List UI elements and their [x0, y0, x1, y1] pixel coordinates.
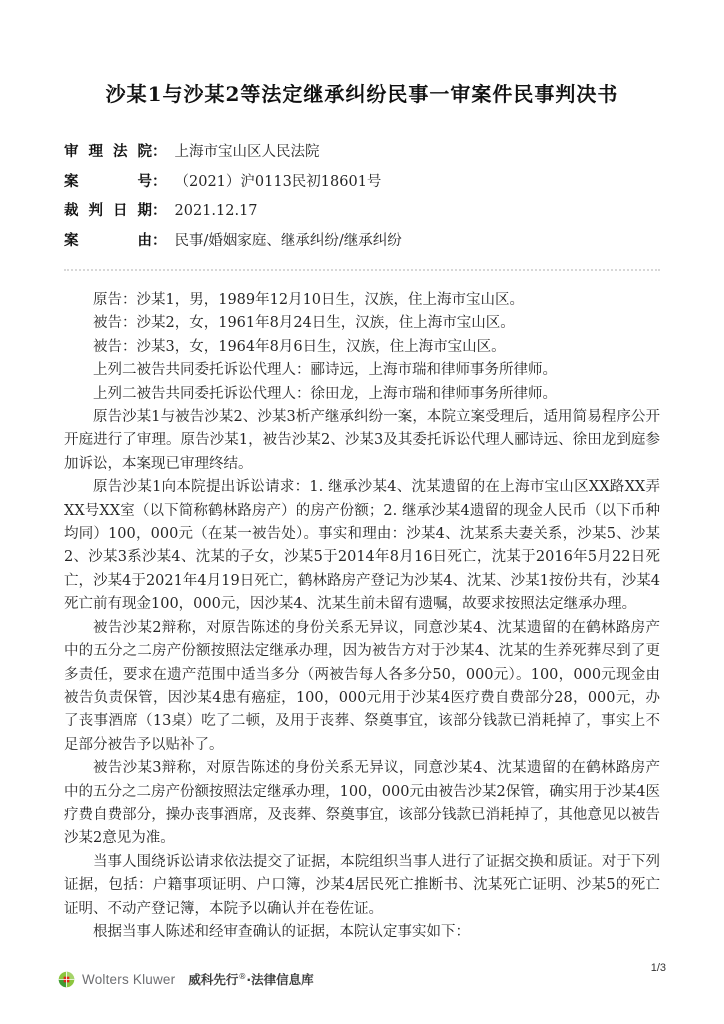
- body-paragraph: 被告沙某2辩称，对原告陈述的身份关系无异议，同意沙某4、沈某遗留的在鹤林路房产中…: [64, 617, 660, 757]
- body-paragraph: 原告沙某1向本院提出诉讼请求：1. 继承沙某4、沈某遗留的在上海市宝山区XX路X…: [64, 476, 660, 616]
- meta-colon: ：: [152, 229, 167, 250]
- meta-colon: ：: [152, 199, 167, 220]
- meta-row-judgment-date: 裁判日期： 2021.12.17: [64, 199, 660, 229]
- meta-value-judgment-date: 2021.12.17: [175, 203, 258, 219]
- page-footer: Wolters Kluwer 威科先行®·法律信息库 1/3: [58, 970, 666, 988]
- meta-label: 案号: [64, 170, 152, 191]
- meta-row-case-number: 案号： （2021）沪0113民初18601号: [64, 170, 660, 200]
- brand-name: Wolters Kluwer: [82, 972, 175, 987]
- meta-value-case-number: （2021）沪0113民初18601号: [175, 170, 382, 191]
- dotted-separator: [64, 269, 660, 271]
- meta-label: 裁判日期: [64, 199, 152, 220]
- body-paragraph: 原告沙某1与被告沙某2、沙某3析产继承纠纷一案，本院立案受理后，适用简易程序公开…: [64, 406, 660, 476]
- meta-colon: ：: [152, 170, 167, 191]
- body-paragraph: 上列二被告共同委托诉讼代理人：徐田龙，上海市瑞和律师事务所律师。: [64, 383, 660, 406]
- case-meta: 审理法院： 上海市宝山区人民法院 案号： （2021）沪0113民初18601号…: [64, 140, 660, 258]
- document-page: 沙某1与沙某2等法定继承纠纷民事一审案件民事判决书 审理法院： 上海市宝山区人民…: [0, 0, 724, 1024]
- meta-label: 案由: [64, 229, 152, 250]
- meta-row-court: 审理法院： 上海市宝山区人民法院: [64, 140, 660, 170]
- body-paragraph: 根据当事人陈述和经审查确认的证据，本院认定事实如下：: [64, 921, 660, 944]
- document-content: 沙某1与沙某2等法定继承纠纷民事一审案件民事判决书 审理法院： 上海市宝山区人民…: [0, 0, 724, 944]
- page-number: 1/3: [651, 962, 666, 974]
- meta-row-cause: 案由： 民事/婚姻家庭、继承纠纷/继承纠纷: [64, 229, 660, 259]
- wolters-kluwer-brand: Wolters Kluwer 威科先行®·法律信息库: [58, 970, 314, 988]
- meta-colon: ：: [152, 140, 167, 161]
- body-paragraph: 原告：沙某1，男，1989年12月10日生，汉族，住上海市宝山区。: [64, 289, 660, 312]
- meta-value-court: 上海市宝山区人民法院: [175, 140, 320, 161]
- product-name: 威科先行®·法律信息库: [188, 970, 313, 988]
- meta-value-cause: 民事/婚姻家庭、继承纠纷/继承纠纷: [175, 229, 402, 250]
- body-paragraph: 当事人围绕诉讼请求依法提交了证据，本院组织当事人进行了证据交换和质证。对于下列证…: [64, 851, 660, 921]
- meta-label: 审理法院: [64, 140, 152, 161]
- page-title: 沙某1与沙某2等法定继承纠纷民事一审案件民事判决书: [64, 0, 660, 107]
- body-paragraph: 被告：沙某3，女，1964年8月6日生，汉族，住上海市宝山区。: [64, 336, 660, 359]
- body-paragraph: 上列二被告共同委托诉讼代理人：郦诗远，上海市瑞和律师事务所律师。: [64, 359, 660, 382]
- body-paragraph: 被告：沙某2，女，1961年8月24日生，汉族，住上海市宝山区。: [64, 312, 660, 335]
- body-paragraph: 被告沙某3辩称，对原告陈述的身份关系无异议，同意沙某4、沈某遗留的在鹤林路房产中…: [64, 757, 660, 851]
- product-name-text: 威科先行: [188, 972, 238, 987]
- product-suffix: ·法律信息库: [246, 972, 313, 987]
- judgment-body: 原告：沙某1，男，1989年12月10日生，汉族，住上海市宝山区。 被告：沙某2…: [64, 289, 660, 944]
- wolters-kluwer-logo-icon: [58, 971, 75, 988]
